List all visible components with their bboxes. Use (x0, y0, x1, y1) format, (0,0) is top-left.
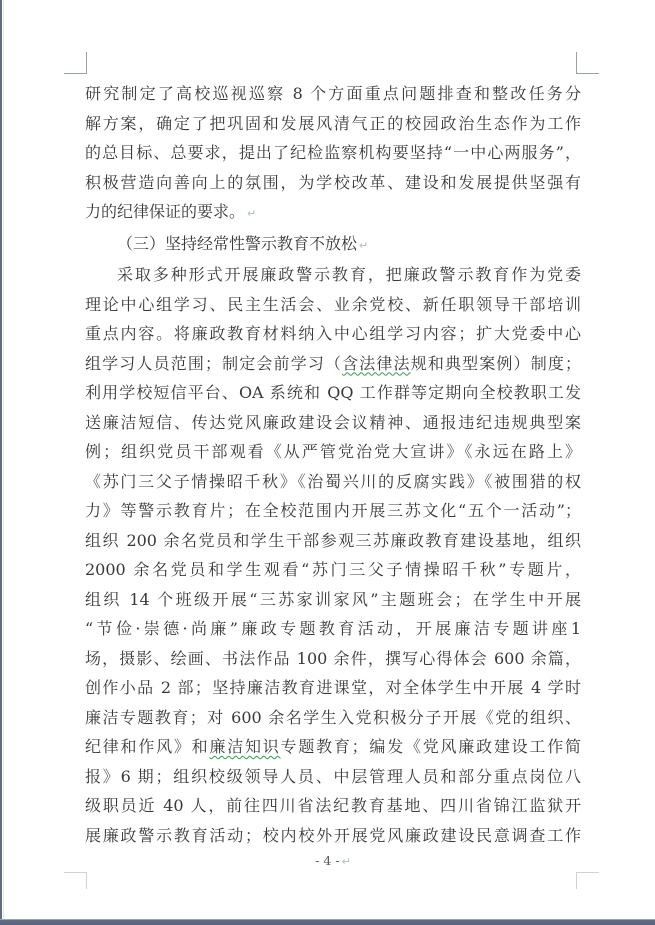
text-run: 理论中心组学习、民主生活会、业余党校、新任职领导干部培训 (85, 295, 581, 314)
text-run: 廉洁专题教育；对 600 余名学生入党积极分子开展《党的组织、 (85, 708, 581, 727)
text-run: 利用学校短信平台、OA 系统和 QQ 工作群等定期向全校教职工发 (85, 383, 581, 402)
text-run: 展廉政警示教育活动；校内校外开展党风廉政建设民意调查工作 (85, 826, 581, 845)
text-run: （三）坚持经常性警示教育不放松 (117, 234, 357, 253)
text-boundary-mark-top-right (576, 52, 599, 74)
text-line: 创作小品 2 部；坚持廉洁教育进课堂，对全体学生中开展 4 学时 (85, 673, 581, 703)
text-boundary-mark-bottom-left (64, 872, 87, 889)
text-run: 2000 余名党员和学生观看“苏门三父子情操昭千秋”专题片， (85, 560, 581, 579)
text-run: 组学习人员范围；制定会前学习（ (85, 354, 342, 373)
text-run: 纪律和作风》和 (85, 737, 209, 756)
page-bottom-edge (0, 919, 655, 925)
text-run: 组织 200 余名党员和学生干部参观三苏廉政教育建设基地，组织 (85, 531, 581, 550)
text-line: 积极营造向善向上的氛围，为学校改革、建设和发展提供坚强有 (85, 168, 581, 198)
document-page: 研究制定了高校巡视巡察 8 个方面重点问题排查和整改任务分解方案，确定了把巩固和… (0, 0, 655, 925)
text-line: 场，摄影、绘画、书法作品 100 余件，撰写心得体会 600 余篇， (85, 644, 581, 674)
text-run: 力》等警示教育片；在全校范围内开展三苏文化“五个一活动”； (85, 501, 581, 520)
text-line: “节俭·崇德·尚廉”廉政专题教育活动，开展廉洁专题讲座1 (85, 614, 581, 644)
text-run: 研究制定了高校巡视巡察 8 个方面重点问题排查和整改任务分 (85, 84, 581, 103)
text-run: 专题教育；编发《党风廉政建设工作简 (281, 737, 581, 756)
text-run: 《苏门三父子情操昭千秋》《治蜀兴川的反腐实践》《被围猎的权 (85, 472, 581, 491)
text-run: 规和典型案例）制度； (411, 354, 581, 373)
text-line: 纪律和作风》和廉洁知识专题教育；编发《党风廉政建设工作简 (85, 732, 581, 762)
text-line: 利用学校短信平台、OA 系统和 QQ 工作群等定期向全校教职工发 (85, 378, 581, 408)
text-boundary-mark-bottom-right (576, 872, 599, 889)
text-boundary-mark-top-left (64, 52, 87, 74)
text-run: 的总目标、总要求，提出了纪检监察机构要坚持“一中心两服务”， (85, 143, 581, 162)
text-line: 组织 200 余名党员和学生干部参观三苏廉政教育建设基地，组织 (85, 526, 581, 556)
text-line: 研究制定了高校巡视巡察 8 个方面重点问题排查和整改任务分 (85, 79, 581, 109)
text-line: 组学习人员范围；制定会前学习（含法律法规和典型案例）制度； (85, 349, 581, 379)
text-run: 解方案，确定了把巩固和发展风清气正的校园政治生态作为工作 (85, 114, 581, 133)
document-body: 研究制定了高校巡视巡察 8 个方面重点问题排查和整改任务分解方案，确定了把巩固和… (85, 79, 581, 850)
spellcheck-underlined-text: 含法律法 (342, 354, 411, 373)
text-line: 展廉政警示教育活动；校内校外开展党风廉政建设民意调查工作 (85, 821, 581, 851)
text-line: 《苏门三父子情操昭千秋》《治蜀兴川的反腐实践》《被围猎的权 (85, 467, 581, 497)
text-line: 例；组织党员干部观看《从严管党治党大宣讲》《永远在路上》 (85, 437, 581, 467)
text-line: 组织 14 个班级开展“三苏家训家风”主题班会；在学生中开展 (85, 585, 581, 615)
section-heading: （三）坚持经常性警示教育不放松↵ (85, 229, 581, 261)
text-line: 廉洁专题教育；对 600 余名学生入党积极分子开展《党的组织、 (85, 703, 581, 733)
text-line: 送廉洁短信、传达党风廉政建设会议精神、通报违纪违规典型案 (85, 408, 581, 438)
paragraph-mark-icon: ↵ (247, 207, 256, 220)
text-run: 采取多种形式开展廉政警示教育，把廉政警示教育作为党委 (117, 265, 581, 284)
text-run: 场，摄影、绘画、书法作品 100 余件，撰写心得体会 600 余篇， (85, 649, 581, 668)
text-run: 重点内容。将廉政教育材料纳入中心组学习内容；扩大党委中心 (85, 324, 581, 343)
text-run: 报》6 期；组织校级领导人员、中层管理人员和部分重点岗位八 (85, 767, 581, 786)
spellcheck-underlined-text: 廉洁知识 (209, 737, 280, 756)
paragraph-mark-icon: ↵ (359, 239, 368, 252)
text-run: 创作小品 2 部；坚持廉洁教育进课堂，对全体学生中开展 4 学时 (85, 678, 581, 697)
text-line: 理论中心组学习、民主生活会、业余党校、新任职领导干部培训 (85, 290, 581, 320)
text-line: 重点内容。将廉政教育材料纳入中心组学习内容；扩大党委中心 (85, 319, 581, 349)
text-line: 采取多种形式开展廉政警示教育，把廉政警示教育作为党委 (85, 260, 581, 290)
page-left-edge (0, 0, 2, 925)
text-line: 解方案，确定了把巩固和发展风清气正的校园政治生态作为工作 (85, 109, 581, 139)
text-run: 力的纪律保证的要求。 (85, 202, 245, 221)
text-line: 报》6 期；组织校级领导人员、中层管理人员和部分重点岗位八 (85, 762, 581, 792)
text-run: 例；组织党员干部观看《从严管党治党大宣讲》《永远在路上》 (85, 442, 581, 461)
text-run: 组织 14 个班级开展“三苏家训家风”主题班会；在学生中开展 (85, 590, 581, 609)
text-line: 力的纪律保证的要求。↵ (85, 197, 581, 229)
text-line: 2000 余名党员和学生观看“苏门三父子情操昭千秋”专题片， (85, 555, 581, 585)
text-line: 级职员近 40 人，前往四川省法纪教育基地、四川省锦江监狱开 (85, 791, 581, 821)
text-run: 送廉洁短信、传达党风廉政建设会议精神、通报违纪违规典型案 (85, 413, 581, 432)
text-run: 级职员近 40 人，前往四川省法纪教育基地、四川省锦江监狱开 (85, 796, 581, 815)
page-left-edge-shadow (3, 0, 4, 919)
text-line: 的总目标、总要求，提出了纪检监察机构要坚持“一中心两服务”， (85, 138, 581, 168)
text-run: 积极营造向善向上的氛围，为学校改革、建设和发展提供坚强有 (85, 173, 581, 192)
text-line: 力》等警示教育片；在全校范围内开展三苏文化“五个一活动”； (85, 496, 581, 526)
page-footer: - 4 -↵ (85, 853, 581, 870)
paragraph-mark-icon: ↵ (342, 855, 351, 868)
page-number: - 4 - (315, 853, 339, 868)
text-run: “节俭·崇德·尚廉”廉政专题教育活动，开展廉洁专题讲座1 (85, 619, 581, 638)
